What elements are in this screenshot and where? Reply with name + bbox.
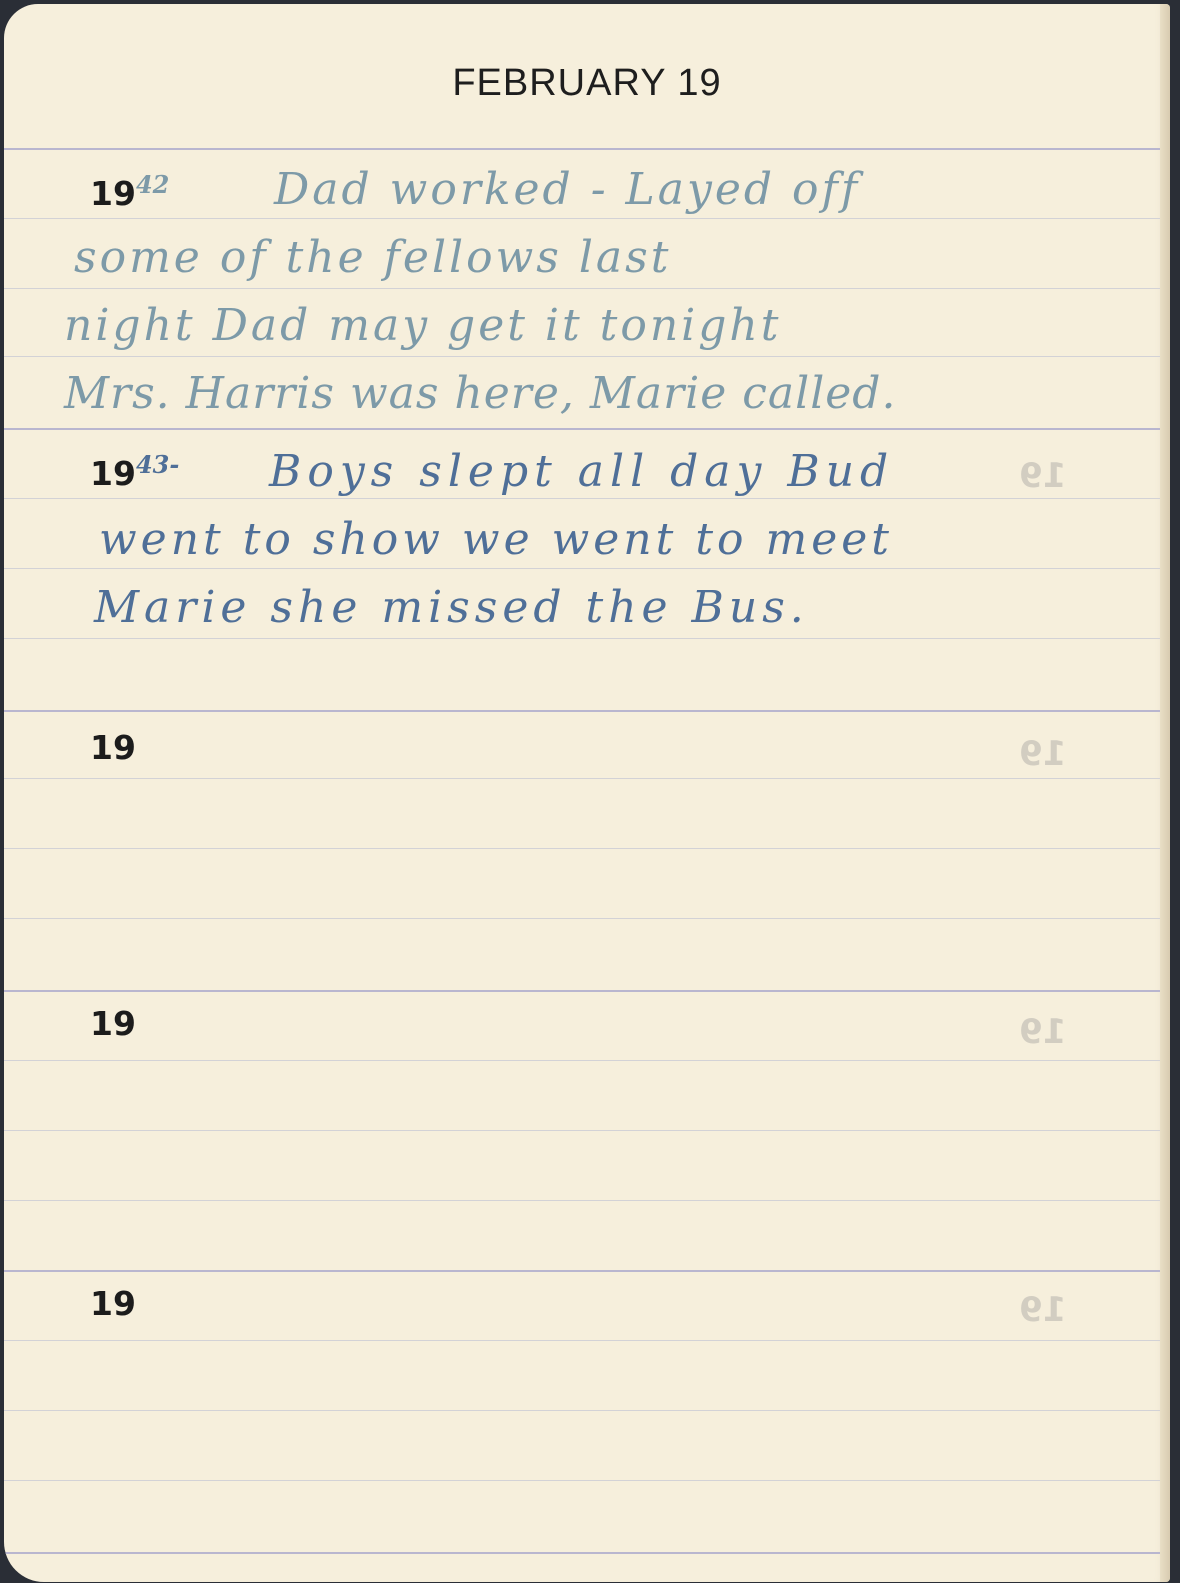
rule-minor bbox=[4, 288, 1160, 289]
entry-line: night Dad may get it tonight bbox=[64, 300, 781, 351]
rule-minor bbox=[4, 1480, 1160, 1481]
entry-line: Marie she missed the Bus. bbox=[94, 582, 809, 633]
bleed-through-year: 19 bbox=[1019, 456, 1066, 496]
rule-minor bbox=[4, 568, 1160, 569]
diary-page: FEBRUARY 19 1942 Dad worked - Layed off … bbox=[4, 4, 1170, 1582]
rule-minor bbox=[4, 356, 1160, 357]
rule-minor bbox=[4, 1410, 1160, 1411]
bleed-through-year: 19 bbox=[1019, 1290, 1066, 1330]
entry-line: Dad worked - Layed off bbox=[274, 164, 860, 215]
year-label-1942: 1942 bbox=[90, 170, 169, 213]
bleed-through-year: 19 bbox=[1019, 734, 1066, 774]
year-label-1943: 1943- bbox=[90, 450, 179, 493]
rule-major bbox=[4, 148, 1160, 150]
bleed-through-year: 19 bbox=[1019, 1012, 1066, 1052]
rule-minor bbox=[4, 918, 1160, 919]
rule-minor bbox=[4, 218, 1160, 219]
rule-major bbox=[4, 1552, 1160, 1554]
rule-minor bbox=[4, 1340, 1160, 1341]
rule-major bbox=[4, 990, 1160, 992]
rule-major bbox=[4, 428, 1160, 430]
rule-minor bbox=[4, 1200, 1160, 1201]
page-date-heading: FEBRUARY 19 bbox=[4, 62, 1170, 105]
page-spine-edge bbox=[1160, 4, 1170, 1582]
year-label-blank: 19 bbox=[90, 1284, 136, 1323]
entry-line: went to show we went to meet bbox=[99, 514, 893, 565]
rule-minor bbox=[4, 1130, 1160, 1131]
rule-minor bbox=[4, 848, 1160, 849]
rule-major bbox=[4, 710, 1160, 712]
handwritten-year: 43- bbox=[136, 450, 179, 479]
year-label-blank: 19 bbox=[90, 1004, 136, 1043]
rule-minor bbox=[4, 498, 1160, 499]
entry-line: Mrs. Harris was here, Marie called. bbox=[64, 368, 896, 419]
entry-line: some of the fellows last bbox=[74, 232, 671, 283]
year-label-blank: 19 bbox=[90, 728, 136, 767]
printed-year: 19 bbox=[90, 454, 136, 493]
rule-minor bbox=[4, 638, 1160, 639]
rule-minor bbox=[4, 1060, 1160, 1061]
rule-major bbox=[4, 1270, 1160, 1272]
entry-line: Boys slept all day Bud bbox=[269, 446, 894, 497]
handwritten-year: 42 bbox=[136, 170, 169, 199]
rule-minor bbox=[4, 778, 1160, 779]
printed-year: 19 bbox=[90, 174, 136, 213]
